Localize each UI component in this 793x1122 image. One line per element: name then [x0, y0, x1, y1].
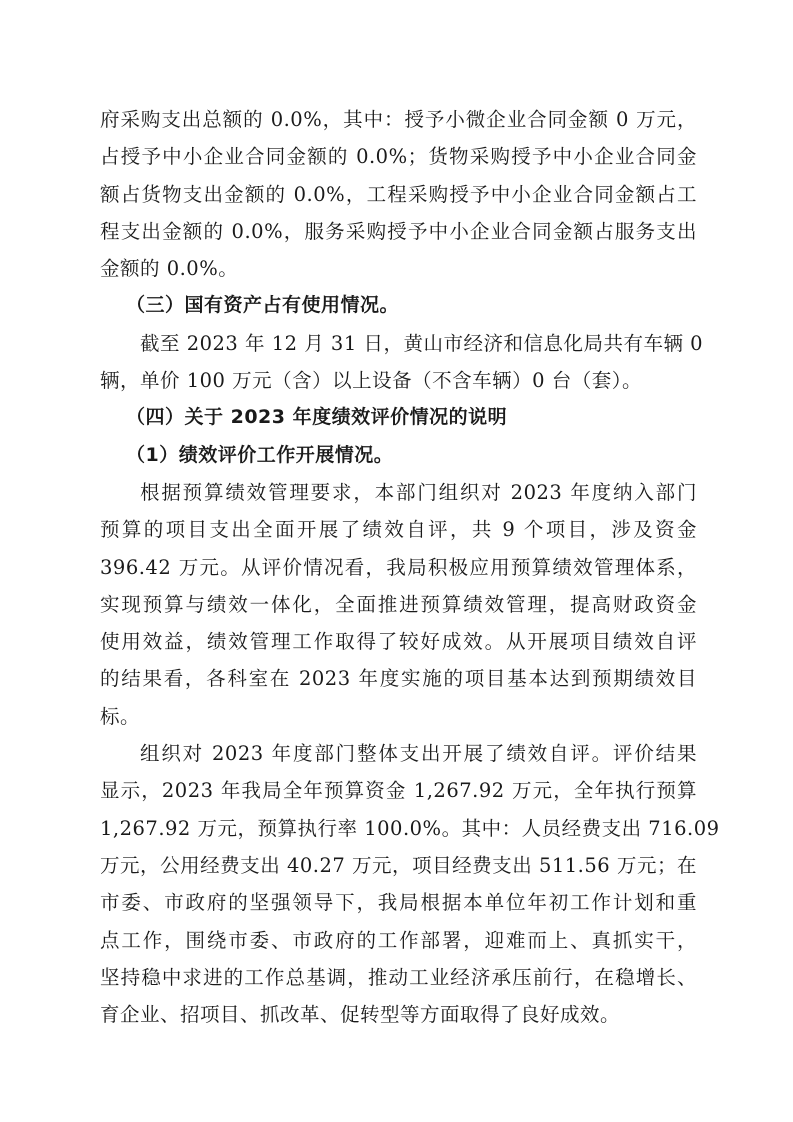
small-micro-enterprise-paragraph-continued: 府采购支出总额的 0.0%，其中：授予小微企业合同金额 0 万元， 占授予中小企… — [100, 101, 697, 287]
subsection-evaluation-work-heading: （1）绩效评价工作开展情况。 — [100, 437, 697, 474]
overall-expenditure-evaluation-paragraph: 组织对 2023 年度部门整体支出开展了绩效自评。评价结果 显示，2023 年我… — [100, 735, 697, 1033]
text-line: 396.42 万元。从评价情况看，我局积极应用预算绩效管理体系， — [100, 549, 697, 586]
text-line: 组织对 2023 年度部门整体支出开展了绩效自评。评价结果 — [100, 735, 697, 772]
text-line: 程支出金额的 0.0%，服务采购授予中小企业合同金额占服务支出 — [100, 213, 697, 250]
text-line: 辆，单价 100 万元（含）以上设备（不含车辆）0 台（套）。 — [100, 362, 697, 399]
text-line: 显示，2023 年我局全年预算资金 1,267.92 万元，全年执行预算 — [100, 772, 697, 809]
text-line: 点工作，围绕市委、市政府的工作部署，迎难而上、真抓实干， — [100, 922, 697, 959]
text-line: 的结果看，各科室在 2023 年度实施的项目基本达到预期绩效目 — [100, 660, 697, 697]
text-line: 府采购支出总额的 0.0%，其中：授予小微企业合同金额 0 万元， — [100, 101, 697, 138]
text-line: 标。 — [100, 698, 697, 735]
text-line: 使用效益，绩效管理工作取得了较好成效。从开展项目绩效自评 — [100, 623, 697, 660]
section-state-assets-heading: （三）国有资产占有使用情况。 — [100, 287, 697, 324]
text-line: 坚持稳中求进的工作总基调，推动工业经济承压前行，在稳增长、 — [100, 959, 697, 996]
text-line: 截至 2023 年 12 月 31 日，黄山市经济和信息化局共有车辆 0 — [100, 325, 697, 362]
text-line: 1,267.92 万元，预算执行率 100.0%。其中：人员经费支出 716.0… — [100, 810, 697, 847]
text-line: 金额的 0.0%。 — [100, 250, 697, 287]
project-evaluation-paragraph: 根据预算绩效管理要求，本部门组织对 2023 年度纳入部门 预算的项目支出全面开… — [100, 474, 697, 735]
text-line: 市委、市政府的坚强领导下，我局根据本单位年初工作计划和重 — [100, 884, 697, 921]
section-performance-evaluation-heading: （四）关于 2023 年度绩效评价情况的说明 — [100, 399, 697, 436]
text-line: 育企业、招项目、抓改革、促转型等方面取得了良好成效。 — [100, 996, 697, 1033]
text-line: 额占货物支出金额的 0.0%，工程采购授予中小企业合同金额占工 — [100, 176, 697, 213]
text-line: 预算的项目支出全面开展了绩效自评，共 9 个项目，涉及资金 — [100, 511, 697, 548]
text-line: 实现预算与绩效一体化，全面推进预算绩效管理，提高财政资金 — [100, 586, 697, 623]
text-line: 万元，公用经费支出 40.27 万元，项目经费支出 511.56 万元；在 — [100, 847, 697, 884]
text-line: 根据预算绩效管理要求，本部门组织对 2023 年度纳入部门 — [100, 474, 697, 511]
document-page: 府采购支出总额的 0.0%，其中：授予小微企业合同金额 0 万元， 占授予中小企… — [100, 101, 697, 1033]
text-line: 占授予中小企业合同金额的 0.0%；货物采购授予中小企业合同金 — [100, 138, 697, 175]
state-assets-paragraph: 截至 2023 年 12 月 31 日，黄山市经济和信息化局共有车辆 0 辆，单… — [100, 325, 697, 400]
